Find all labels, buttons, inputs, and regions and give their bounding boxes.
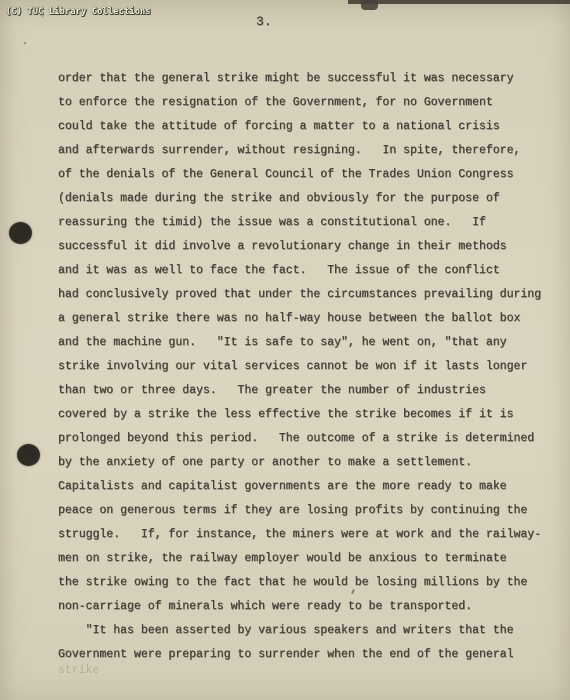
document-line: successful it did involve a revolutionar…	[58, 235, 541, 259]
document-line: non-carriage of minerals which were read…	[58, 595, 541, 619]
scan-speck-plus: +	[40, 12, 45, 22]
scan-edge-artifact-blob	[361, 0, 378, 10]
document-line: prolonged beyond this period. The outcom…	[58, 427, 541, 451]
document-line: reassuring the timid) the issue was a co…	[58, 211, 541, 235]
page-number: 3.	[256, 14, 272, 29]
document-line: order that the general strike might be s…	[58, 67, 541, 91]
document-line: by the anxiety of one party or another t…	[58, 451, 541, 475]
scanned-document-page: (C) TUC Library Collections 3. + order t…	[0, 0, 570, 700]
document-line: peace on generous terms if they are losi…	[58, 499, 541, 523]
document-line: men on strike, the railway employer woul…	[58, 547, 541, 571]
document-line: "It has been asserted by various speaker…	[58, 619, 541, 643]
document-line: strike involving our vital services cann…	[58, 355, 541, 379]
faded-word: strike	[58, 659, 541, 683]
document-body: order that the general strike might be s…	[58, 67, 541, 683]
document-line: and afterwards surrender, without resign…	[58, 139, 541, 163]
document-line: struggle. If, for instance, the miners w…	[58, 523, 541, 547]
document-line: and it was as well to face the fact. The…	[58, 259, 541, 283]
hole-punch-bottom	[17, 444, 40, 466]
document-line: to enforce the resignation of the Govern…	[58, 91, 541, 115]
document-line: could take the attitude of forcing a mat…	[58, 115, 541, 139]
document-line: had conclusively proved that under the c…	[58, 283, 541, 307]
scan-speck-dot	[24, 42, 26, 44]
document-line: of the denials of the General Council of…	[58, 163, 541, 187]
document-line: a general strike there was no half-way h…	[58, 307, 541, 331]
hole-punch-top	[9, 222, 32, 244]
document-line: than two or three days. The greater the …	[58, 379, 541, 403]
document-line: Capitalists and capitalist governments a…	[58, 475, 541, 499]
document-line: the strike owing to the fact that he wou…	[58, 571, 541, 595]
scan-edge-artifact	[348, 0, 570, 4]
document-line: covered by a strike the less effective t…	[58, 403, 541, 427]
library-watermark: (C) TUC Library Collections	[6, 7, 151, 17]
document-line: (denials made during the strike and obvi…	[58, 187, 541, 211]
document-line: and the machine gun. "It is safe to say"…	[58, 331, 541, 355]
